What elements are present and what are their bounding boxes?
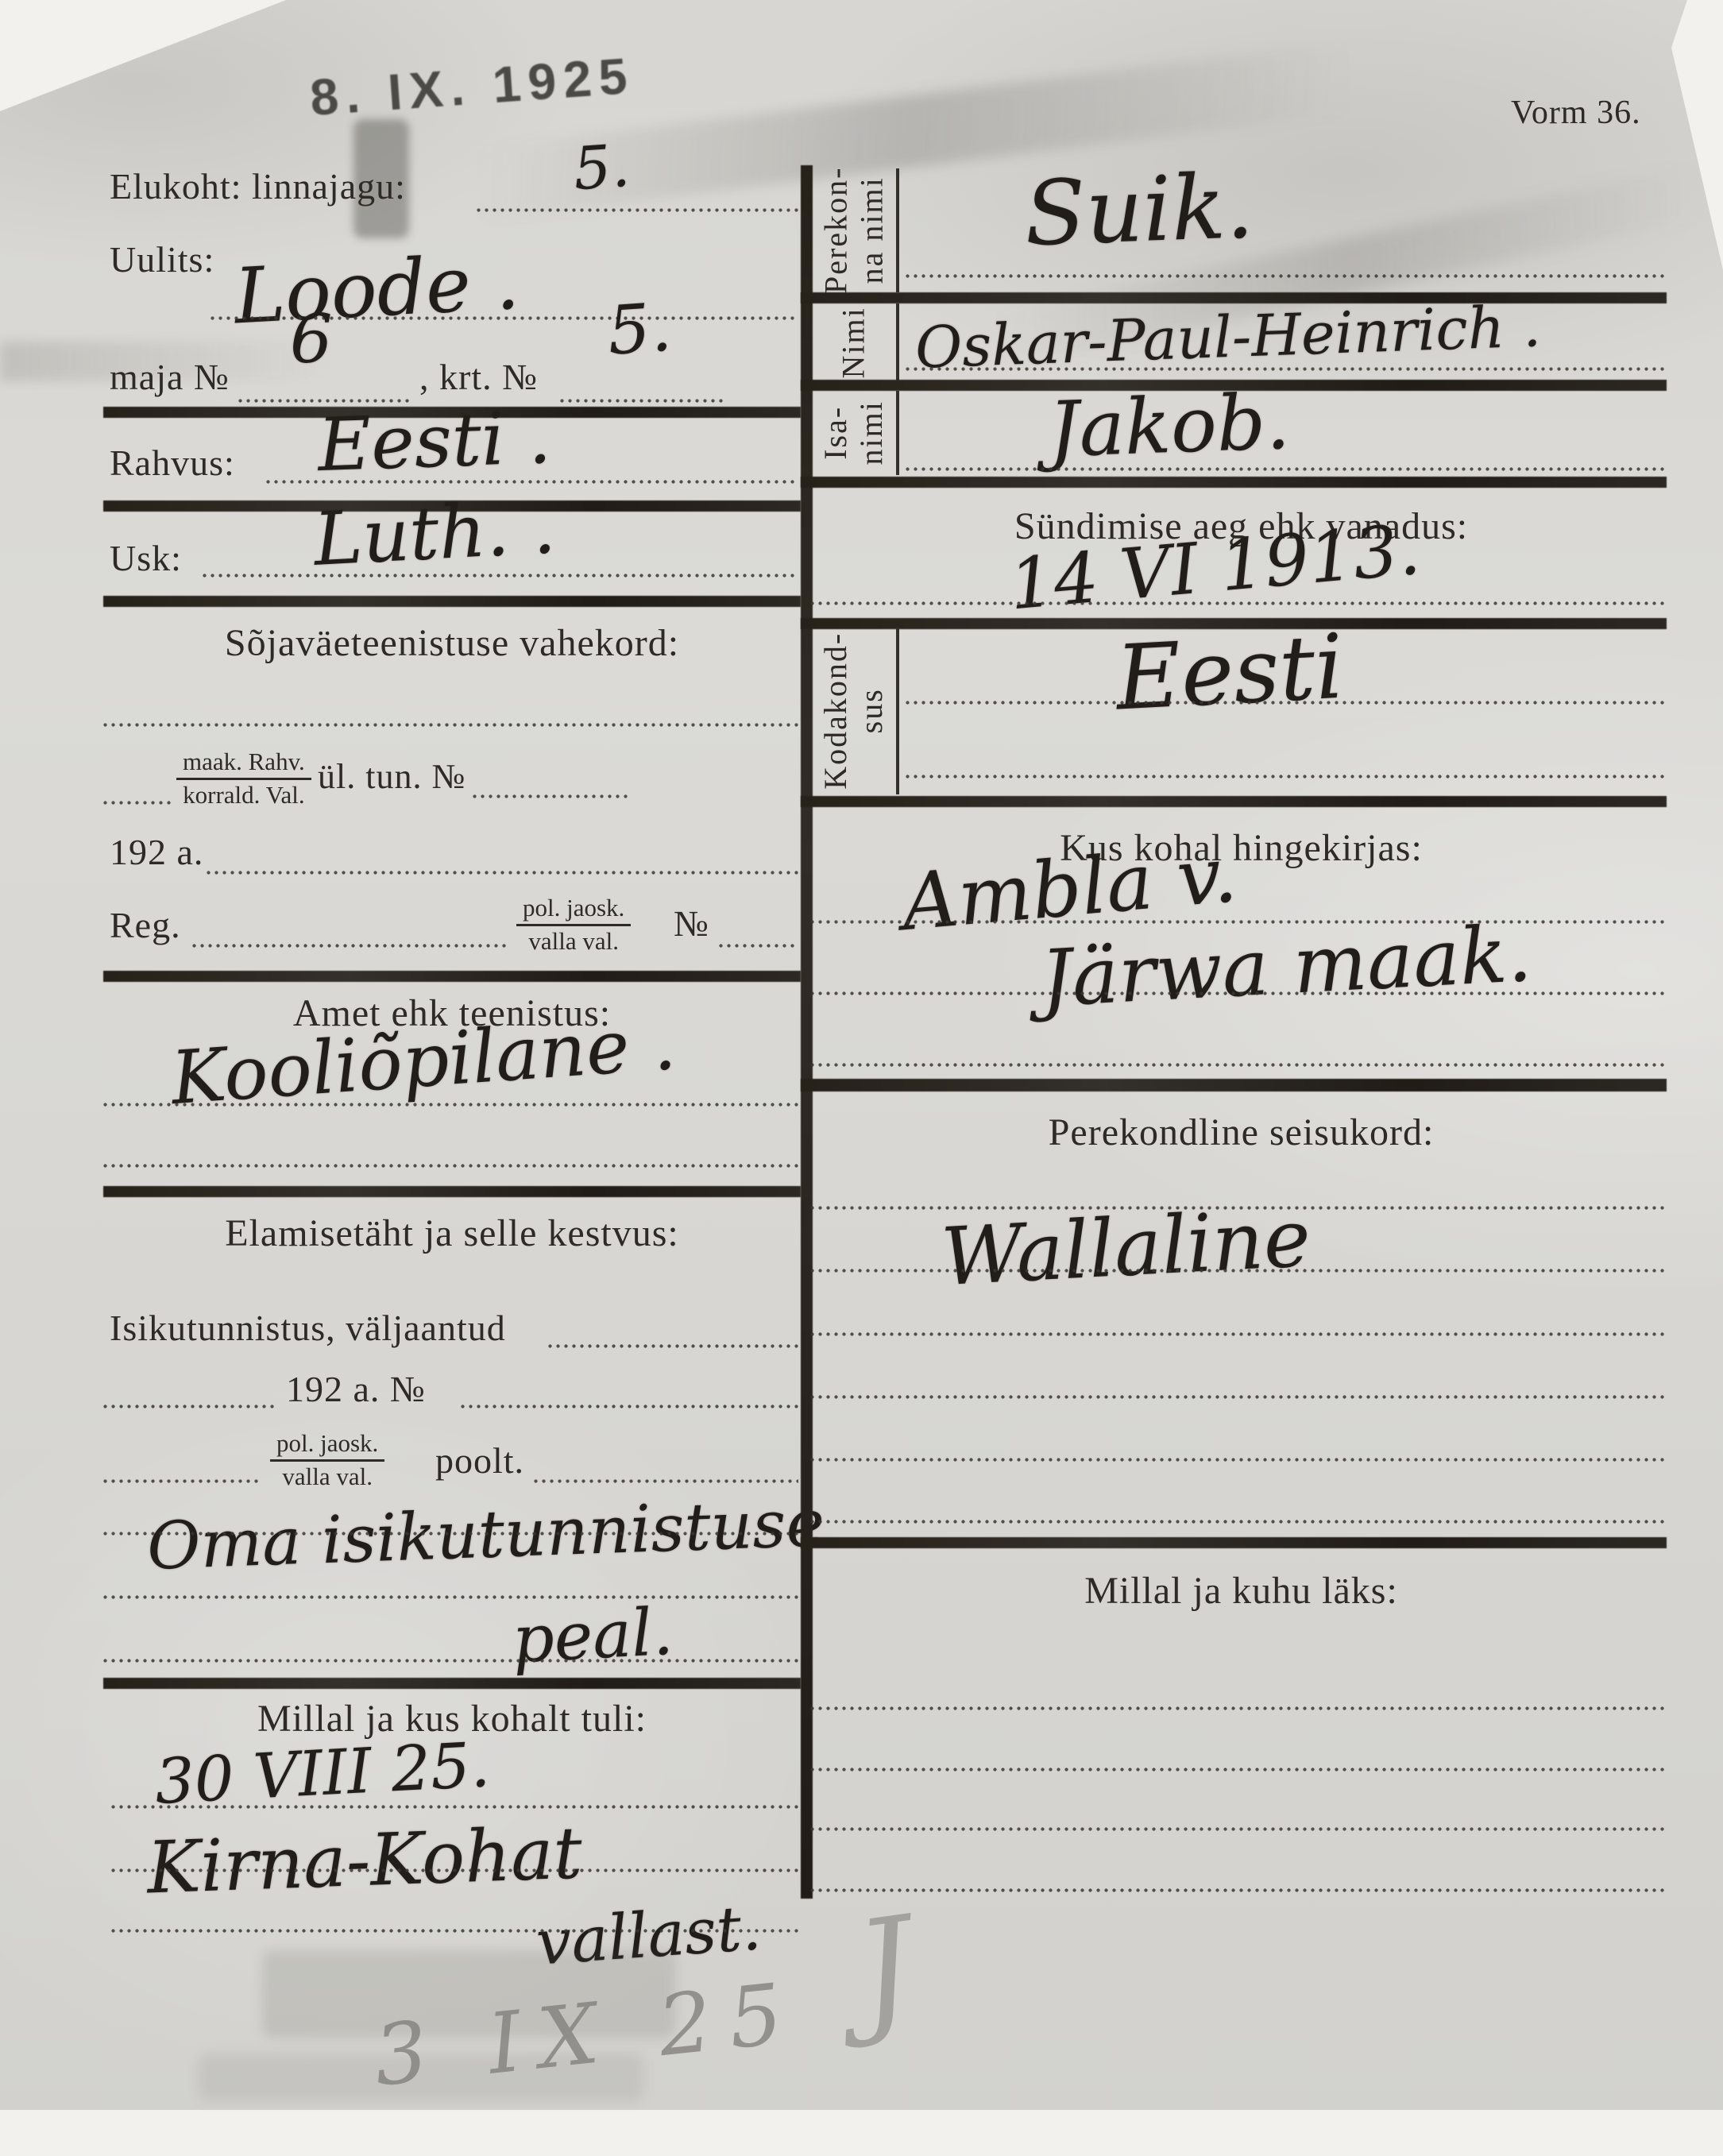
dotted-line — [103, 1479, 258, 1483]
dotted-line — [207, 871, 798, 875]
dotted-line — [203, 574, 798, 578]
perekondline-value: Wallaline — [939, 1192, 1312, 1304]
dotted-line — [461, 1404, 798, 1408]
dotted-line — [103, 801, 171, 805]
elamisetaht-note-2: peal. — [511, 1594, 675, 1678]
krt-value: 5. — [605, 288, 674, 369]
rahvus-value: Eesti . — [316, 395, 552, 488]
dotted-line — [103, 1164, 798, 1168]
scanner-strip-bottom — [0, 2110, 1723, 2156]
form-number: Vorm 36. — [1511, 94, 1641, 132]
section-rule — [801, 796, 1667, 807]
dotted-line — [473, 794, 632, 798]
fraction-top: maak. Rahv. — [176, 748, 311, 780]
torn-edge-right — [1667, 0, 1723, 270]
dotted-line — [103, 723, 798, 727]
dotted-line — [906, 467, 1664, 471]
section-rule — [103, 1186, 801, 1197]
isanimi-label-box: Isa- nimi — [813, 391, 895, 475]
isanimi-value: Jakob. — [1047, 377, 1291, 475]
laks-heading: Millal ja kuhu läks: — [818, 1569, 1664, 1613]
dotted-line — [103, 1595, 798, 1599]
label-separator — [896, 168, 899, 292]
section-rule — [103, 1678, 801, 1689]
maja-value: 6 — [290, 300, 332, 378]
isikutunnistus-label: Isikutunnistus, väljaantud — [110, 1307, 506, 1349]
kodakondsus-value: Eesti — [1114, 616, 1346, 731]
dotted-line — [534, 1479, 798, 1483]
usk-value: Luth. . — [311, 485, 557, 582]
column-divider — [801, 165, 813, 1899]
dotted-line — [719, 944, 798, 948]
fraction-bottom: valla val. — [516, 926, 631, 956]
year-label: 192 a. — [110, 831, 203, 873]
dotted-line — [103, 1659, 798, 1663]
perekonnanimi-label: Perekon- na nimi — [818, 167, 890, 294]
dotted-line — [810, 1395, 1664, 1399]
isanimi-label: Isa- nimi — [818, 400, 890, 465]
dotted-line — [111, 1929, 798, 1933]
maja-label: maja № — [110, 356, 230, 398]
section-rule — [801, 477, 1667, 488]
fraction-bottom: korrald. Val. — [176, 780, 311, 809]
nimi-label: Nimi — [836, 307, 872, 378]
pol-jaosk-fraction: pol. jaosk. valla val. — [270, 1430, 384, 1490]
usk-label: Usk: — [110, 537, 182, 579]
dotted-line — [810, 1063, 1664, 1067]
fraction-top: pol. jaosk. — [270, 1430, 384, 1462]
elamisetaht-heading: Elamisetäht ja selle kestvus: — [103, 1211, 801, 1255]
section-rule — [801, 1537, 1667, 1548]
label-separator — [896, 628, 899, 794]
dotted-line — [810, 991, 1664, 995]
elukoht-label: Elukoht: linnajagu: — [110, 165, 406, 207]
dotted-line — [111, 1868, 798, 1872]
no-label: № — [674, 902, 709, 945]
date-stamp: 8. IX. 1925 — [308, 46, 636, 127]
registration-card: 8. IX. 1925 Vorm 36. 5. Elukoht: linnaja… — [0, 0, 1723, 2156]
section-rule — [103, 596, 801, 607]
dotted-line — [266, 480, 798, 484]
dotted-line — [810, 1520, 1664, 1524]
dotted-line — [548, 1344, 798, 1348]
dotted-line — [810, 1768, 1664, 1772]
reg-label: Reg. — [110, 904, 181, 946]
section-rule — [801, 1079, 1667, 1092]
label-separator — [896, 391, 899, 475]
section-rule — [103, 971, 801, 982]
nimi-label-box: Nimi — [813, 303, 895, 381]
dotted-line — [906, 367, 1664, 371]
dotted-line — [810, 1827, 1664, 1831]
dotted-line — [810, 601, 1664, 605]
dotted-line — [906, 701, 1664, 705]
dotted-line — [810, 1458, 1664, 1462]
maak-rahv-fraction: maak. Rahv. korrald. Val. — [176, 748, 311, 809]
krt-label: , krt. № — [419, 356, 538, 398]
dotted-line — [192, 944, 506, 948]
dotted-line — [906, 775, 1664, 779]
year-no-label: 192 a. № — [286, 1368, 426, 1410]
kodakondsus-label-box: Kodakond- sus — [813, 628, 895, 794]
dotted-line — [810, 1269, 1664, 1273]
poolt-label: poolt. — [435, 1439, 524, 1482]
uulits-value: Loode . — [232, 238, 521, 342]
dotted-line — [810, 1888, 1664, 1892]
dotted-line — [477, 208, 798, 212]
dotted-line — [103, 1103, 798, 1107]
torn-corner-top-left — [0, 0, 302, 119]
ul-tun-label: ül. tun. № — [318, 756, 466, 797]
dotted-line — [103, 1532, 798, 1536]
dotted-line — [560, 399, 723, 403]
dotted-line — [111, 1805, 798, 1809]
dotted-line — [103, 1404, 274, 1408]
military-heading: Sõjaväeteenistuse vahekord: — [103, 621, 801, 665]
dotted-line — [810, 1332, 1664, 1336]
dotted-line — [906, 274, 1664, 278]
perekondline-heading: Perekondline seisukord: — [818, 1111, 1664, 1154]
perekonnanimi-label-box: Perekon- na nimi — [813, 168, 895, 292]
perekonnanimi-value: Suik. — [1023, 155, 1256, 266]
fraction-bottom: valla val. — [270, 1462, 384, 1491]
uulits-label: Uulits: — [110, 238, 214, 280]
pencil-j-mark: J — [848, 1887, 923, 2051]
rahvus-label: Rahvus: — [110, 442, 235, 484]
pol-jaosk-fraction: pol. jaosk. valla val. — [516, 894, 631, 955]
label-separator — [896, 303, 899, 381]
kodakondsus-label: Kodakond- sus — [818, 632, 890, 790]
linnajagu-value: 5. — [571, 132, 632, 204]
tuli-place: Kirna-Kohat — [145, 1811, 583, 1910]
dotted-line — [810, 1706, 1664, 1710]
fraction-top: pol. jaosk. — [516, 894, 631, 926]
